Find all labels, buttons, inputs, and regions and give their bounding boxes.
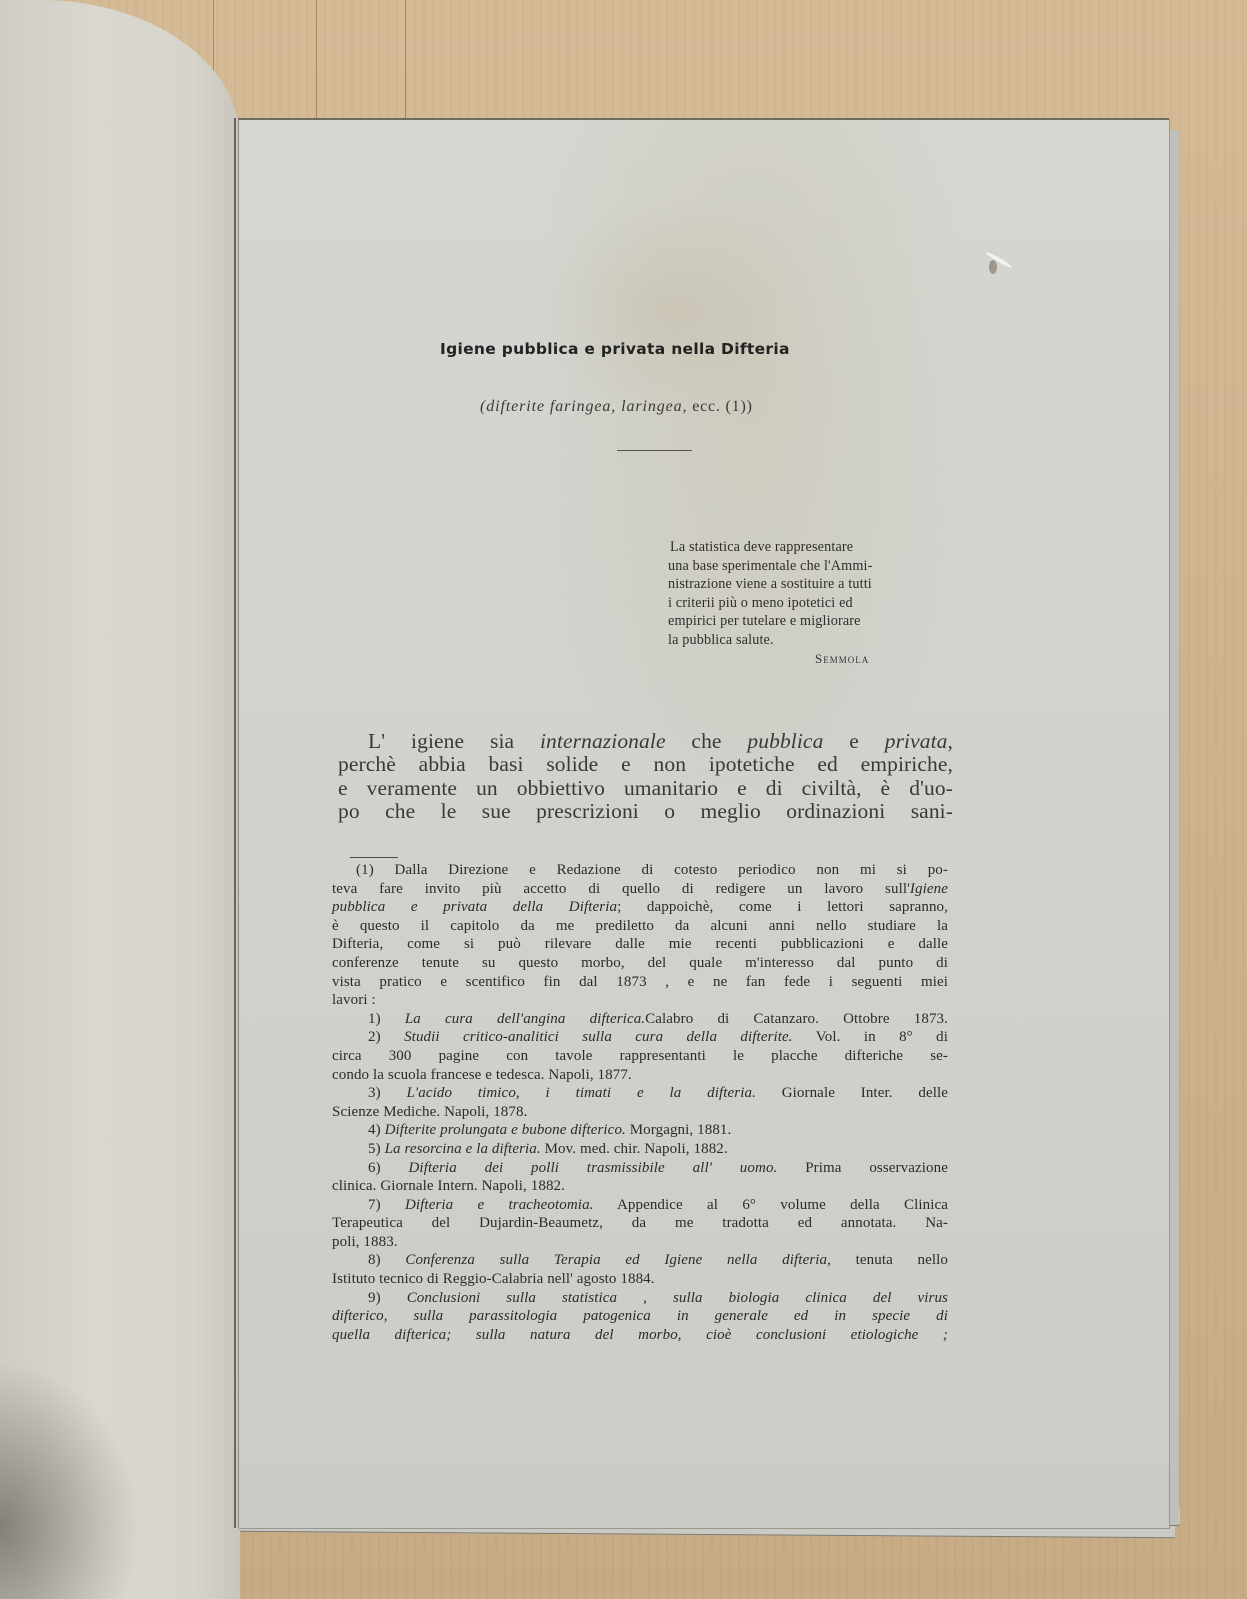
work-continuation: circa 300 pagine con tavole rappresentan…: [332, 1047, 948, 1066]
footnote-text-run: ; dappoichè, come i lettori sapranno,: [617, 899, 948, 915]
work-number: 7): [368, 1197, 381, 1213]
work-title: L'acido timico, i timati e la difteria.: [406, 1085, 755, 1101]
footnote-line: vista pratico e scentifico fin dal 1873 …: [332, 973, 948, 992]
work-details: Mov. med. chir. Napoli, 1882.: [541, 1141, 728, 1157]
body-text-run: che: [666, 729, 748, 753]
work-continuation: Istituto tecnico di Reggio-Calabria nell…: [332, 1270, 948, 1289]
footnote-separator-rule: [350, 857, 398, 858]
work-item-2: 2) Studii critico-analitici sulla cura d…: [332, 1028, 948, 1047]
work-item-7: 7) Difteria e tracheotomia. Appendice al…: [332, 1196, 948, 1215]
body-text-run: L' igiene sia: [368, 729, 540, 753]
work-title: Conferenza sulla Terapia ed Igiene nella…: [405, 1252, 831, 1268]
work-continuation: Scienze Mediche. Napoli, 1878.: [332, 1103, 948, 1122]
work-details: Vol. in 8° di: [793, 1029, 948, 1045]
work-details: Prima osservazione: [777, 1160, 948, 1176]
body-text-run: ,: [948, 729, 953, 753]
work-details: Calabro di Catanzaro. Ottobre 1873.: [645, 1011, 948, 1027]
work-number: 5): [368, 1141, 381, 1157]
work-title: Difterite prolungata e bubone difterico.: [385, 1122, 626, 1138]
work-item-8: 8) Conferenza sulla Terapia ed Igiene ne…: [332, 1251, 948, 1270]
subtitle-italic: (difterite faringea, laringea,: [480, 398, 687, 415]
body-line: po che le sue prescrizioni o meglio ordi…: [338, 800, 953, 823]
work-title: quella difterica; sulla natura del morbo…: [332, 1327, 948, 1343]
epigraph-line: La statistica deve rappresentare: [668, 538, 938, 557]
footnote-text-run: teva fare invito più accetto di quello d…: [332, 881, 910, 897]
work-details: Appendice al 6° volume della Clinica: [594, 1197, 948, 1213]
epigraph-line: empirici per tutelare e migliorare: [668, 612, 938, 631]
epigraph-line: nistrazione viene a sostituire a tutti: [668, 575, 938, 594]
surface-groove: [405, 0, 406, 118]
work-title: Conclusioni sulla statistica , sulla bio…: [407, 1290, 948, 1306]
work-number: 2): [368, 1029, 381, 1045]
work-number: 8): [368, 1252, 381, 1268]
work-title: Difteria dei polli trasmissibile all' uo…: [409, 1160, 778, 1176]
work-continuation: quella difterica; sulla natura del morbo…: [332, 1326, 948, 1345]
article-title: Igiene pubblica e privata nella Difteria: [440, 340, 860, 358]
footnote-italic-run: Igiene: [910, 881, 948, 897]
footnote: (1) Dalla Direzione e Redazione di cotes…: [332, 861, 948, 1344]
work-title: difterico, sulla parassitologia patogeni…: [332, 1308, 948, 1324]
work-title: Studii critico-analitici sulla cura dell…: [404, 1029, 793, 1045]
footnote-line: lavori :: [332, 991, 948, 1010]
work-continuation: difterico, sulla parassitologia patogeni…: [332, 1307, 948, 1326]
body-line: e veramente un obbiettivo umanitario e d…: [338, 777, 953, 800]
footnote-italic-run: pubblica e privata della Difteria: [332, 899, 617, 915]
work-continuation: condo la scuola francese e tedesca. Napo…: [332, 1066, 948, 1085]
footnote-line: pubblica e privata della Difteria; dappo…: [332, 898, 948, 917]
body-text-run: e: [823, 729, 884, 753]
article-subtitle: (difterite faringea, laringea, ecc. (1)): [480, 398, 753, 416]
body-italic-run: pubblica: [747, 729, 823, 753]
body-paragraph: L' igiene sia internazionale che pubblic…: [338, 730, 953, 824]
footnote-line: (1) Dalla Direzione e Redazione di cotes…: [332, 861, 948, 880]
epigraph: La statistica deve rappresentare una bas…: [668, 538, 938, 650]
body-line: perchè abbia basi solide e non ipotetich…: [338, 753, 953, 776]
work-details: Morgagni, 1881.: [626, 1122, 732, 1138]
epigraph-line: la pubblica salute.: [668, 631, 938, 650]
footnote-line: teva fare invito più accetto di quello d…: [332, 880, 948, 899]
subtitle-roman: ecc. (1)): [687, 398, 752, 415]
work-details: tenuta nello: [831, 1252, 948, 1268]
work-number: 1): [368, 1011, 381, 1027]
work-continuation: Terapeutica del Dujardin-Beaumetz, da me…: [332, 1214, 948, 1233]
work-continuation: poli, 1883.: [332, 1233, 948, 1252]
epigraph-author: Semmola: [815, 651, 869, 667]
paper-mark: [989, 260, 997, 274]
work-number: 3): [368, 1085, 381, 1101]
work-item-5: 5) La resorcina e la difteria. Mov. med.…: [332, 1140, 948, 1159]
body-line: L' igiene sia internazionale che pubblic…: [338, 730, 953, 753]
work-item-3: 3) L'acido timico, i timati e la difteri…: [332, 1084, 948, 1103]
hand-shadow: [0, 1360, 140, 1599]
work-number: 9): [368, 1290, 381, 1306]
work-number: 4): [368, 1122, 381, 1138]
work-title: Difteria e tracheotomia.: [405, 1197, 594, 1213]
footnote-line: è questo il capitolo da me prediletto da…: [332, 917, 948, 936]
work-item-1: 1) La cura dell'angina difterica.Calabro…: [332, 1010, 948, 1029]
work-number: 6): [368, 1160, 381, 1176]
work-item-4: 4) Difterite prolungata e bubone difteri…: [332, 1121, 948, 1140]
work-title: La cura dell'angina difterica.: [405, 1011, 645, 1027]
surface-groove: [316, 0, 317, 118]
work-continuation: clinica. Giornale Intern. Napoli, 1882.: [332, 1177, 948, 1196]
footnote-line: Difteria, come si può rilevare dalle mie…: [332, 935, 948, 954]
paper-stain: [539, 200, 799, 420]
work-details: Giornale Inter. delle: [756, 1085, 948, 1101]
work-item-6: 6) Difteria dei polli trasmissibile all'…: [332, 1159, 948, 1178]
epigraph-line: i criterii più o meno ipotetici ed: [668, 594, 938, 613]
work-title: La resorcina e la difteria.: [385, 1141, 541, 1157]
title-separator-rule: [617, 450, 692, 451]
epigraph-line: una base sperimentale che l'Ammi-: [668, 557, 938, 576]
footnote-line: conferenze tenute su questo morbo, del q…: [332, 954, 948, 973]
body-italic-run: internazionale: [540, 729, 666, 753]
page-spine-edge: [234, 118, 236, 1528]
work-item-9: 9) Conclusioni sulla statistica , sulla …: [332, 1289, 948, 1308]
body-italic-run: privata: [885, 729, 948, 753]
